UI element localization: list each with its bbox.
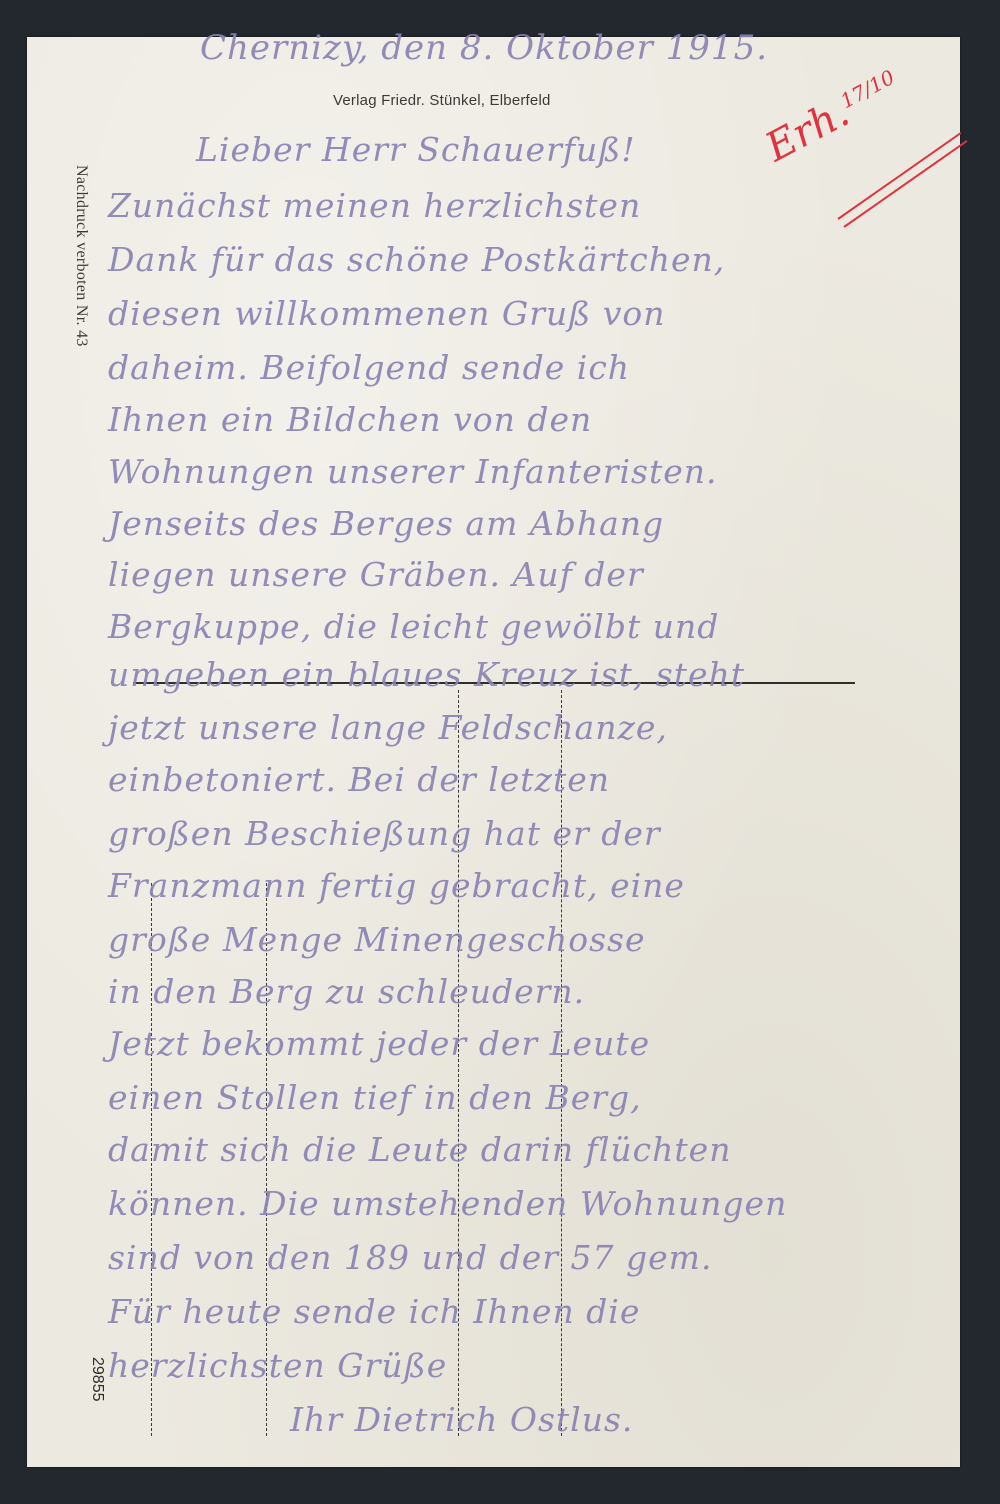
letter-line: große Menge Minengeschosse [108, 920, 646, 959]
letter-line: diesen willkommenen Gruß von [108, 294, 666, 333]
letter-line: umgeben ein blaues Kreuz ist, steht [108, 655, 745, 694]
reprint-notice: Nachdruck verboten Nr. 43 [72, 165, 90, 347]
letter-line: Für heute sende ich Ihnen die [108, 1292, 640, 1331]
letter-line: Dank für das schöne Postkärtchen, [108, 240, 725, 279]
letter-signature: Ihr Dietrich Ostlus. [290, 1400, 633, 1439]
letter-line: Jetzt bekommt jeder der Leute [108, 1024, 650, 1063]
letter-line: können. Die umstehenden Wohnungen [108, 1184, 787, 1223]
letter-line: Franzmann fertig gebracht, eine [108, 866, 685, 905]
letter-dateline: Chernizy, den 8. Oktober 1915. [200, 28, 768, 68]
letter-line: einbetoniert. Bei der letzten [108, 760, 610, 799]
letter-line: großen Beschießung hat er der [108, 814, 661, 853]
letter-line: Jenseits des Berges am Abhang [108, 504, 664, 543]
letter-line: Ihnen ein Bildchen von den [108, 400, 592, 439]
letter-line: in den Berg zu schleudern. [108, 972, 585, 1011]
letter-line: herzlichsten Grüße [108, 1346, 447, 1385]
letter-line: sind von den 189 und der 57 gem. [108, 1238, 712, 1277]
letter-line: Bergkuppe, die leicht gewölbt und [108, 607, 719, 646]
letter-line: daheim. Beifolgend sende ich [108, 348, 630, 387]
letter-line: jetzt unsere lange Feldschanze, [108, 708, 668, 747]
letter-line: Wohnungen unserer Infanteristen. [108, 452, 718, 491]
letter-line: Zunächst meinen herzlichsten [108, 186, 641, 225]
letter-line: liegen unsere Gräben. Auf der [108, 555, 644, 594]
catalog-number: 29855 [88, 1357, 106, 1402]
publisher-line: Verlag Friedr. Stünkel, Elberfeld [333, 92, 551, 109]
letter-line: damit sich die Leute darin flüchten [108, 1130, 731, 1169]
letter-salutation: Lieber Herr Schauerfuß! [196, 130, 636, 169]
letter-line: einen Stollen tief in den Berg, [108, 1078, 642, 1117]
